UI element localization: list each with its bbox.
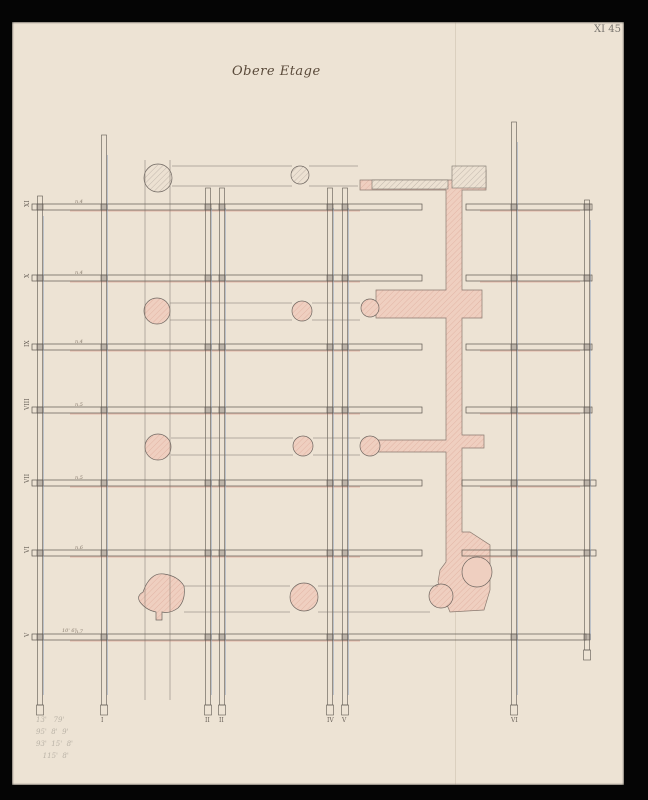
svg-text:n.4: n.4: [75, 339, 83, 345]
note-line: 115' 8': [36, 750, 73, 762]
svg-text:n.6: n.6: [75, 545, 84, 551]
wall-top-cap: [372, 166, 486, 189]
column-circles: [139, 164, 492, 620]
svg-text:IX: IX: [24, 340, 31, 347]
svg-text:VI: VI: [24, 546, 31, 554]
pencil-notes: 13' 79' 95' 8' 9' 93' 15' 8' 115' 8': [36, 714, 73, 762]
svg-text:X: X: [24, 273, 31, 278]
svg-text:VIII: VIII: [24, 398, 31, 411]
plan-title: Obere Etage: [232, 64, 321, 79]
svg-text:n.5: n.5: [75, 475, 83, 481]
svg-text:IV: IV: [327, 717, 334, 724]
svg-text:10' 6": 10' 6": [62, 628, 77, 634]
note-line: 95' 8' 9': [36, 726, 73, 738]
svg-text:II: II: [205, 717, 210, 724]
sheet-number: XI 45: [594, 24, 621, 35]
connector-lines: [145, 160, 438, 700]
svg-text:V: V: [24, 632, 31, 638]
svg-text:II: II: [219, 717, 224, 724]
svg-text:VII: VII: [24, 473, 31, 484]
svg-text:n.4: n.4: [75, 199, 83, 205]
floor-plan-drawing: XIn.4Xn.4IXn.4VIIIn.5VIIn.5VIn.6Vn.7IIII…: [0, 0, 648, 800]
svg-text:I: I: [101, 717, 104, 724]
note-line: 93' 15' 8': [36, 738, 73, 750]
svg-text:n.4: n.4: [75, 270, 83, 276]
svg-text:XI: XI: [24, 200, 31, 207]
svg-text:VI: VI: [510, 717, 518, 724]
svg-text:n.5: n.5: [75, 402, 83, 408]
wall-masonry: [360, 170, 490, 612]
svg-text:V: V: [341, 717, 347, 724]
note-line: 13' 79': [36, 714, 73, 726]
